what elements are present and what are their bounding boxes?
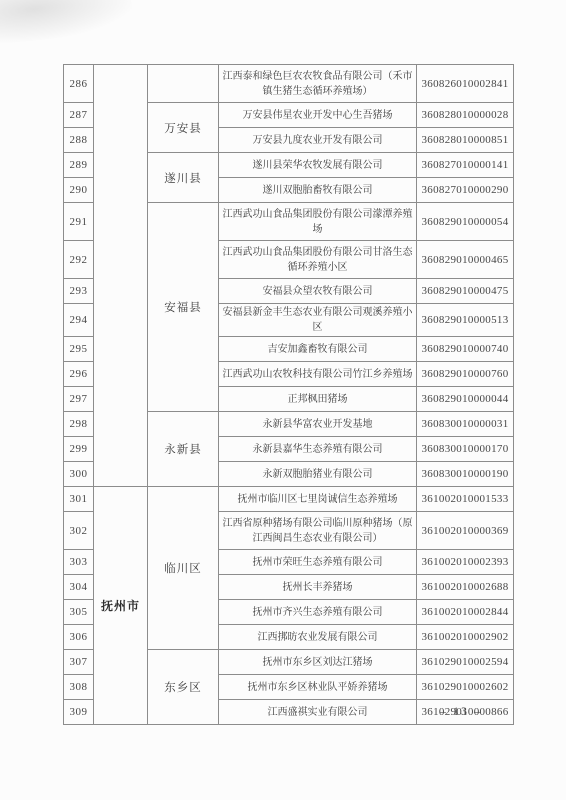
city-cell: 抚州市 bbox=[94, 487, 148, 725]
row-number-cell: 301 bbox=[64, 487, 94, 512]
facility-code-cell: 361002010002902 bbox=[417, 625, 514, 650]
facility-name-cell: 正邦枫田猪场 bbox=[219, 387, 417, 412]
county-cell: 临川区 bbox=[148, 487, 219, 650]
facility-name-cell: 万安县九度农业开发有限公司 bbox=[219, 128, 417, 153]
facility-code-cell: 361002010002688 bbox=[417, 575, 514, 600]
facility-code-cell: 360829010000054 bbox=[417, 203, 514, 241]
facility-code-cell: 361029010002602 bbox=[417, 675, 514, 700]
facility-name-cell: 江西泰和绿色巨农农牧食品有限公司（禾市镇生猪生态循环养殖场） bbox=[219, 65, 417, 103]
row-number-cell: 302 bbox=[64, 512, 94, 550]
facility-code-cell: 360827010000290 bbox=[417, 178, 514, 203]
row-number-cell: 296 bbox=[64, 362, 94, 387]
county-cell: 永新县 bbox=[148, 412, 219, 487]
county-cell: 万安县 bbox=[148, 103, 219, 153]
row-number-cell: 291 bbox=[64, 203, 94, 241]
row-number-cell: 298 bbox=[64, 412, 94, 437]
facility-code-cell: 360829010000760 bbox=[417, 362, 514, 387]
scan-smudge bbox=[0, 0, 134, 46]
row-number-cell: 295 bbox=[64, 337, 94, 362]
facility-code-cell: 361002010001533 bbox=[417, 487, 514, 512]
facility-code-cell: 361002010002393 bbox=[417, 550, 514, 575]
facility-table: 286江西泰和绿色巨农农牧食品有限公司（禾市镇生猪生态循环养殖场）3608260… bbox=[63, 64, 514, 725]
facility-name-cell: 遂川双胞胎畜牧有限公司 bbox=[219, 178, 417, 203]
row-number-cell: 292 bbox=[64, 241, 94, 279]
table-row: 286江西泰和绿色巨农农牧食品有限公司（禾市镇生猪生态循环养殖场）3608260… bbox=[64, 65, 514, 103]
facility-name-cell: 江西省原种猪场有限公司临川原种猪场（原江西闽昌生态农业有限公司） bbox=[219, 512, 417, 550]
row-number-cell: 304 bbox=[64, 575, 94, 600]
row-number-cell: 308 bbox=[64, 675, 94, 700]
facility-name-cell: 抚州长丰养猪场 bbox=[219, 575, 417, 600]
facility-name-cell: 安福县众望农牧有限公司 bbox=[219, 279, 417, 304]
scanned-page: 286江西泰和绿色巨农农牧食品有限公司（禾市镇生猪生态循环养殖场）3608260… bbox=[0, 0, 566, 800]
facility-code-cell: 361029010002594 bbox=[417, 650, 514, 675]
table-row: 301抚州市临川区抚州市临川区七里岗诚信生态养殖场361002010001533 bbox=[64, 487, 514, 512]
row-number-cell: 299 bbox=[64, 437, 94, 462]
facility-name-cell: 江西盛祺实业有限公司 bbox=[219, 700, 417, 725]
facility-code-cell: 360826010002841 bbox=[417, 65, 514, 103]
facility-name-cell: 万安县伟星农业开发中心生吾猪场 bbox=[219, 103, 417, 128]
facility-name-cell: 抚州市齐兴生态养殖有限公司 bbox=[219, 600, 417, 625]
row-number-cell: 288 bbox=[64, 128, 94, 153]
facility-name-cell: 江西武功山食品集团股份有限公司甘洛生态循环养殖小区 bbox=[219, 241, 417, 279]
row-number-cell: 307 bbox=[64, 650, 94, 675]
facility-name-cell: 永新双胞胎猪业有限公司 bbox=[219, 462, 417, 487]
row-number-cell: 297 bbox=[64, 387, 94, 412]
facility-code-cell: 361002010000369 bbox=[417, 512, 514, 550]
row-number-cell: 303 bbox=[64, 550, 94, 575]
facility-code-cell: 360830010000031 bbox=[417, 412, 514, 437]
row-number-cell: 300 bbox=[64, 462, 94, 487]
county-cell: 东乡区 bbox=[148, 650, 219, 725]
facility-code-cell: 360827010000141 bbox=[417, 153, 514, 178]
facility-name-cell: 抚州市东乡区林业队平娇养猪场 bbox=[219, 675, 417, 700]
facility-name-cell: 江西武功山食品集团股份有限公司濛潭养殖场 bbox=[219, 203, 417, 241]
facility-name-cell: 抚州市临川区七里岗诚信生态养殖场 bbox=[219, 487, 417, 512]
row-number-cell: 289 bbox=[64, 153, 94, 178]
row-number-cell: 294 bbox=[64, 304, 94, 337]
facility-code-cell: 360828010000851 bbox=[417, 128, 514, 153]
row-number-cell: 305 bbox=[64, 600, 94, 625]
facility-name-cell: 安福县新金丰生态农业有限公司观溪养殖小区 bbox=[219, 304, 417, 337]
facility-name-cell: 吉安加鑫畜牧有限公司 bbox=[219, 337, 417, 362]
row-number-cell: 293 bbox=[64, 279, 94, 304]
facility-code-cell: 360829010000740 bbox=[417, 337, 514, 362]
facility-name-cell: 抚州市荣旺生态养殖有限公司 bbox=[219, 550, 417, 575]
facility-code-cell: 360829010000513 bbox=[417, 304, 514, 337]
page-number: – 13 – bbox=[425, 704, 497, 719]
facility-code-cell: 360830010000170 bbox=[417, 437, 514, 462]
facility-name-cell: 遂川县荣华农牧发展有限公司 bbox=[219, 153, 417, 178]
facility-name-cell: 永新县嘉华生态养殖有限公司 bbox=[219, 437, 417, 462]
facility-code-cell: 360830010000190 bbox=[417, 462, 514, 487]
facility-code-cell: 360829010000465 bbox=[417, 241, 514, 279]
county-cell bbox=[148, 65, 219, 103]
facility-code-cell: 360829010000044 bbox=[417, 387, 514, 412]
facility-name-cell: 抚州市东乡区刘达江猪场 bbox=[219, 650, 417, 675]
facility-name-cell: 江西挷昉农业发展有限公司 bbox=[219, 625, 417, 650]
facility-name-cell: 江西武功山农牧科技有限公司竹江乡养殖场 bbox=[219, 362, 417, 387]
city-cell bbox=[94, 65, 148, 487]
row-number-cell: 309 bbox=[64, 700, 94, 725]
row-number-cell: 286 bbox=[64, 65, 94, 103]
facility-code-cell: 360828010000028 bbox=[417, 103, 514, 128]
facility-code-cell: 361002010002844 bbox=[417, 600, 514, 625]
row-number-cell: 306 bbox=[64, 625, 94, 650]
row-number-cell: 290 bbox=[64, 178, 94, 203]
facility-code-cell: 360829010000475 bbox=[417, 279, 514, 304]
row-number-cell: 287 bbox=[64, 103, 94, 128]
county-cell: 安福县 bbox=[148, 203, 219, 412]
facility-name-cell: 永新县华富农业开发基地 bbox=[219, 412, 417, 437]
facility-table-body: 286江西泰和绿色巨农农牧食品有限公司（禾市镇生猪生态循环养殖场）3608260… bbox=[64, 65, 514, 725]
county-cell: 遂川县 bbox=[148, 153, 219, 203]
